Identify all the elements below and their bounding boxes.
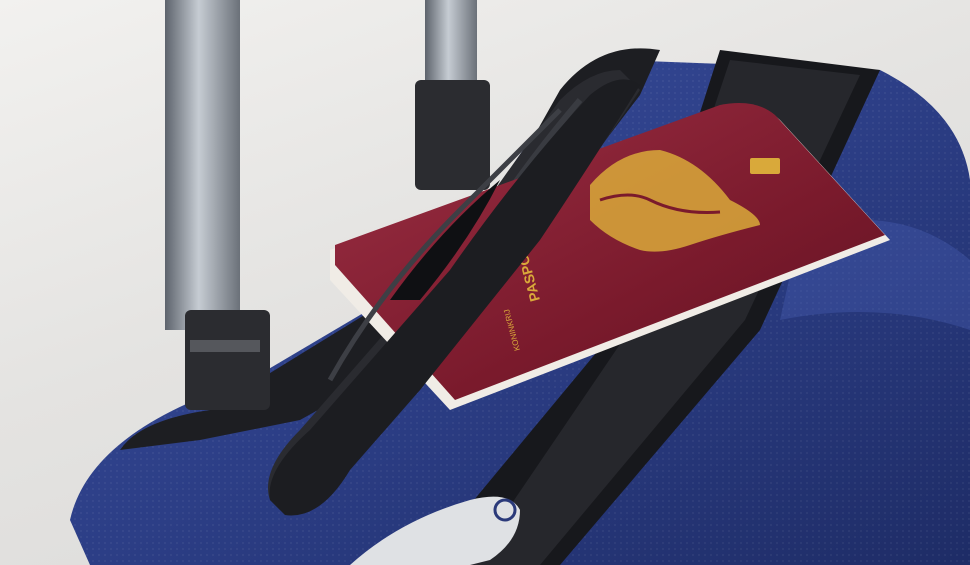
photo-scene: PASPOO KONINKRIJ Photograph of a burgund… [0, 0, 970, 565]
photo-illustration: PASPOO KONINKRIJ [0, 0, 970, 565]
biometric-chip-icon [750, 158, 780, 174]
